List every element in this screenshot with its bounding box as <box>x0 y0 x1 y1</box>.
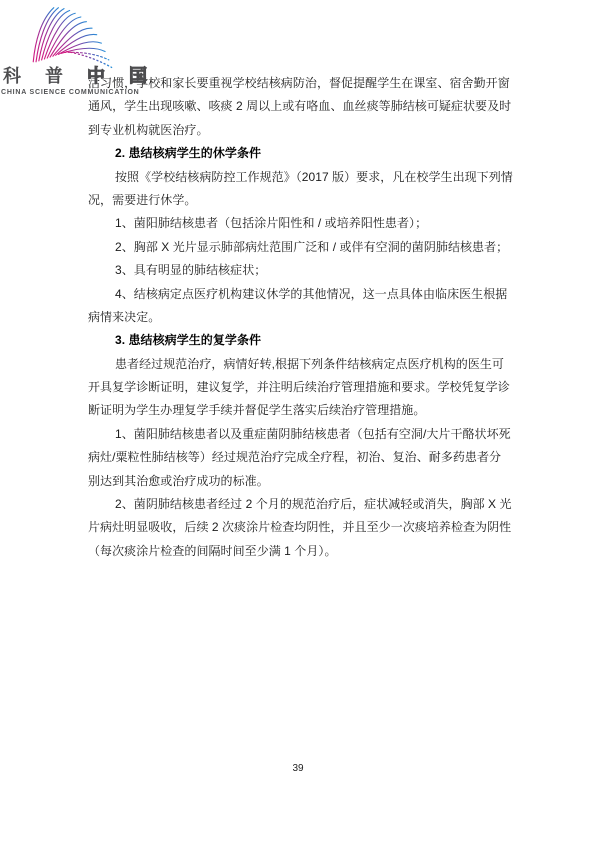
text-line: 病情来决定。 <box>88 306 566 329</box>
text-line: 1、菌阳肺结核患者以及重症菌阴肺结核患者（包括有空洞/大片干酪状坏死 <box>88 423 566 446</box>
text-line: 3、具有明显的肺结核症状； <box>88 259 566 282</box>
section-heading: 3. 患结核病学生的复学条件 <box>88 329 566 352</box>
text-line: 开具复学诊断证明，建议复学，并注明后续治疗管理措施和要求。学校凭复学诊 <box>88 376 566 399</box>
text-line: 别达到其治愈或治疗成功的标准。 <box>88 470 566 493</box>
china-science-communication-logo: 科普中国 CHINA SCIENCE COMMUNICATION <box>0 0 175 105</box>
section-heading: 2. 患结核病学生的休学条件 <box>88 142 566 165</box>
text-line: 片病灶明显吸收，后续 2 次痰涂片检查均阴性，并且至少一次痰培养检查为阴性 <box>88 516 566 539</box>
logo-en-text: CHINA SCIENCE COMMUNICATION <box>1 89 140 97</box>
text-line: 1、菌阳肺结核患者（包括涂片阳性和 / 或培养阳性患者）； <box>88 212 566 235</box>
text-line: （每次痰涂片检查的间隔时间至少满 1 个月）。 <box>88 540 566 563</box>
logo-cn-text: 科普中国 <box>3 66 171 86</box>
logo-cn-outline: 中国 <box>87 66 171 86</box>
text-line: 到专业机构就医治疗。 <box>88 119 566 142</box>
text-line: 患者经过规范治疗，病情好转,根据下列条件结核病定点医疗机构的医生可 <box>88 353 566 376</box>
document-body: 活习惯，学校和家长要重视学校结核病防治，督促提醒学生在课室、宿舍勤开窗通风，学生… <box>88 72 566 563</box>
text-line: 2、胸部 X 光片显示肺部病灶范围广泛和 / 或伴有空洞的菌阴肺结核患者； <box>88 236 566 259</box>
page-number: 39 <box>0 763 596 775</box>
text-line: 4、结核病定点医疗机构建议休学的其他情况，这一点具体由临床医生根据 <box>88 283 566 306</box>
text-line: 按照《学校结核病防控工作规范》（2017 版）要求，凡在校学生出现下列情 <box>88 166 566 189</box>
text-line: 况，需要进行休学。 <box>88 189 566 212</box>
logo-wave-icon <box>24 3 119 73</box>
text-line: 病灶/粟粒性肺结核等）经过规范治疗完成全疗程，初治、复治、耐多药患者分 <box>88 446 566 469</box>
document-page: 科普中国 CHINA SCIENCE COMMUNICATION 活习惯，学校和… <box>0 0 596 842</box>
text-line: 2、菌阴肺结核患者经过 2 个月的规范治疗后，症状减轻或消失，胸部 X 光 <box>88 493 566 516</box>
logo-cn-solid: 科普 <box>3 66 87 86</box>
text-line: 断证明为学生办理复学手续并督促学生落实后续治疗管理措施。 <box>88 399 566 422</box>
